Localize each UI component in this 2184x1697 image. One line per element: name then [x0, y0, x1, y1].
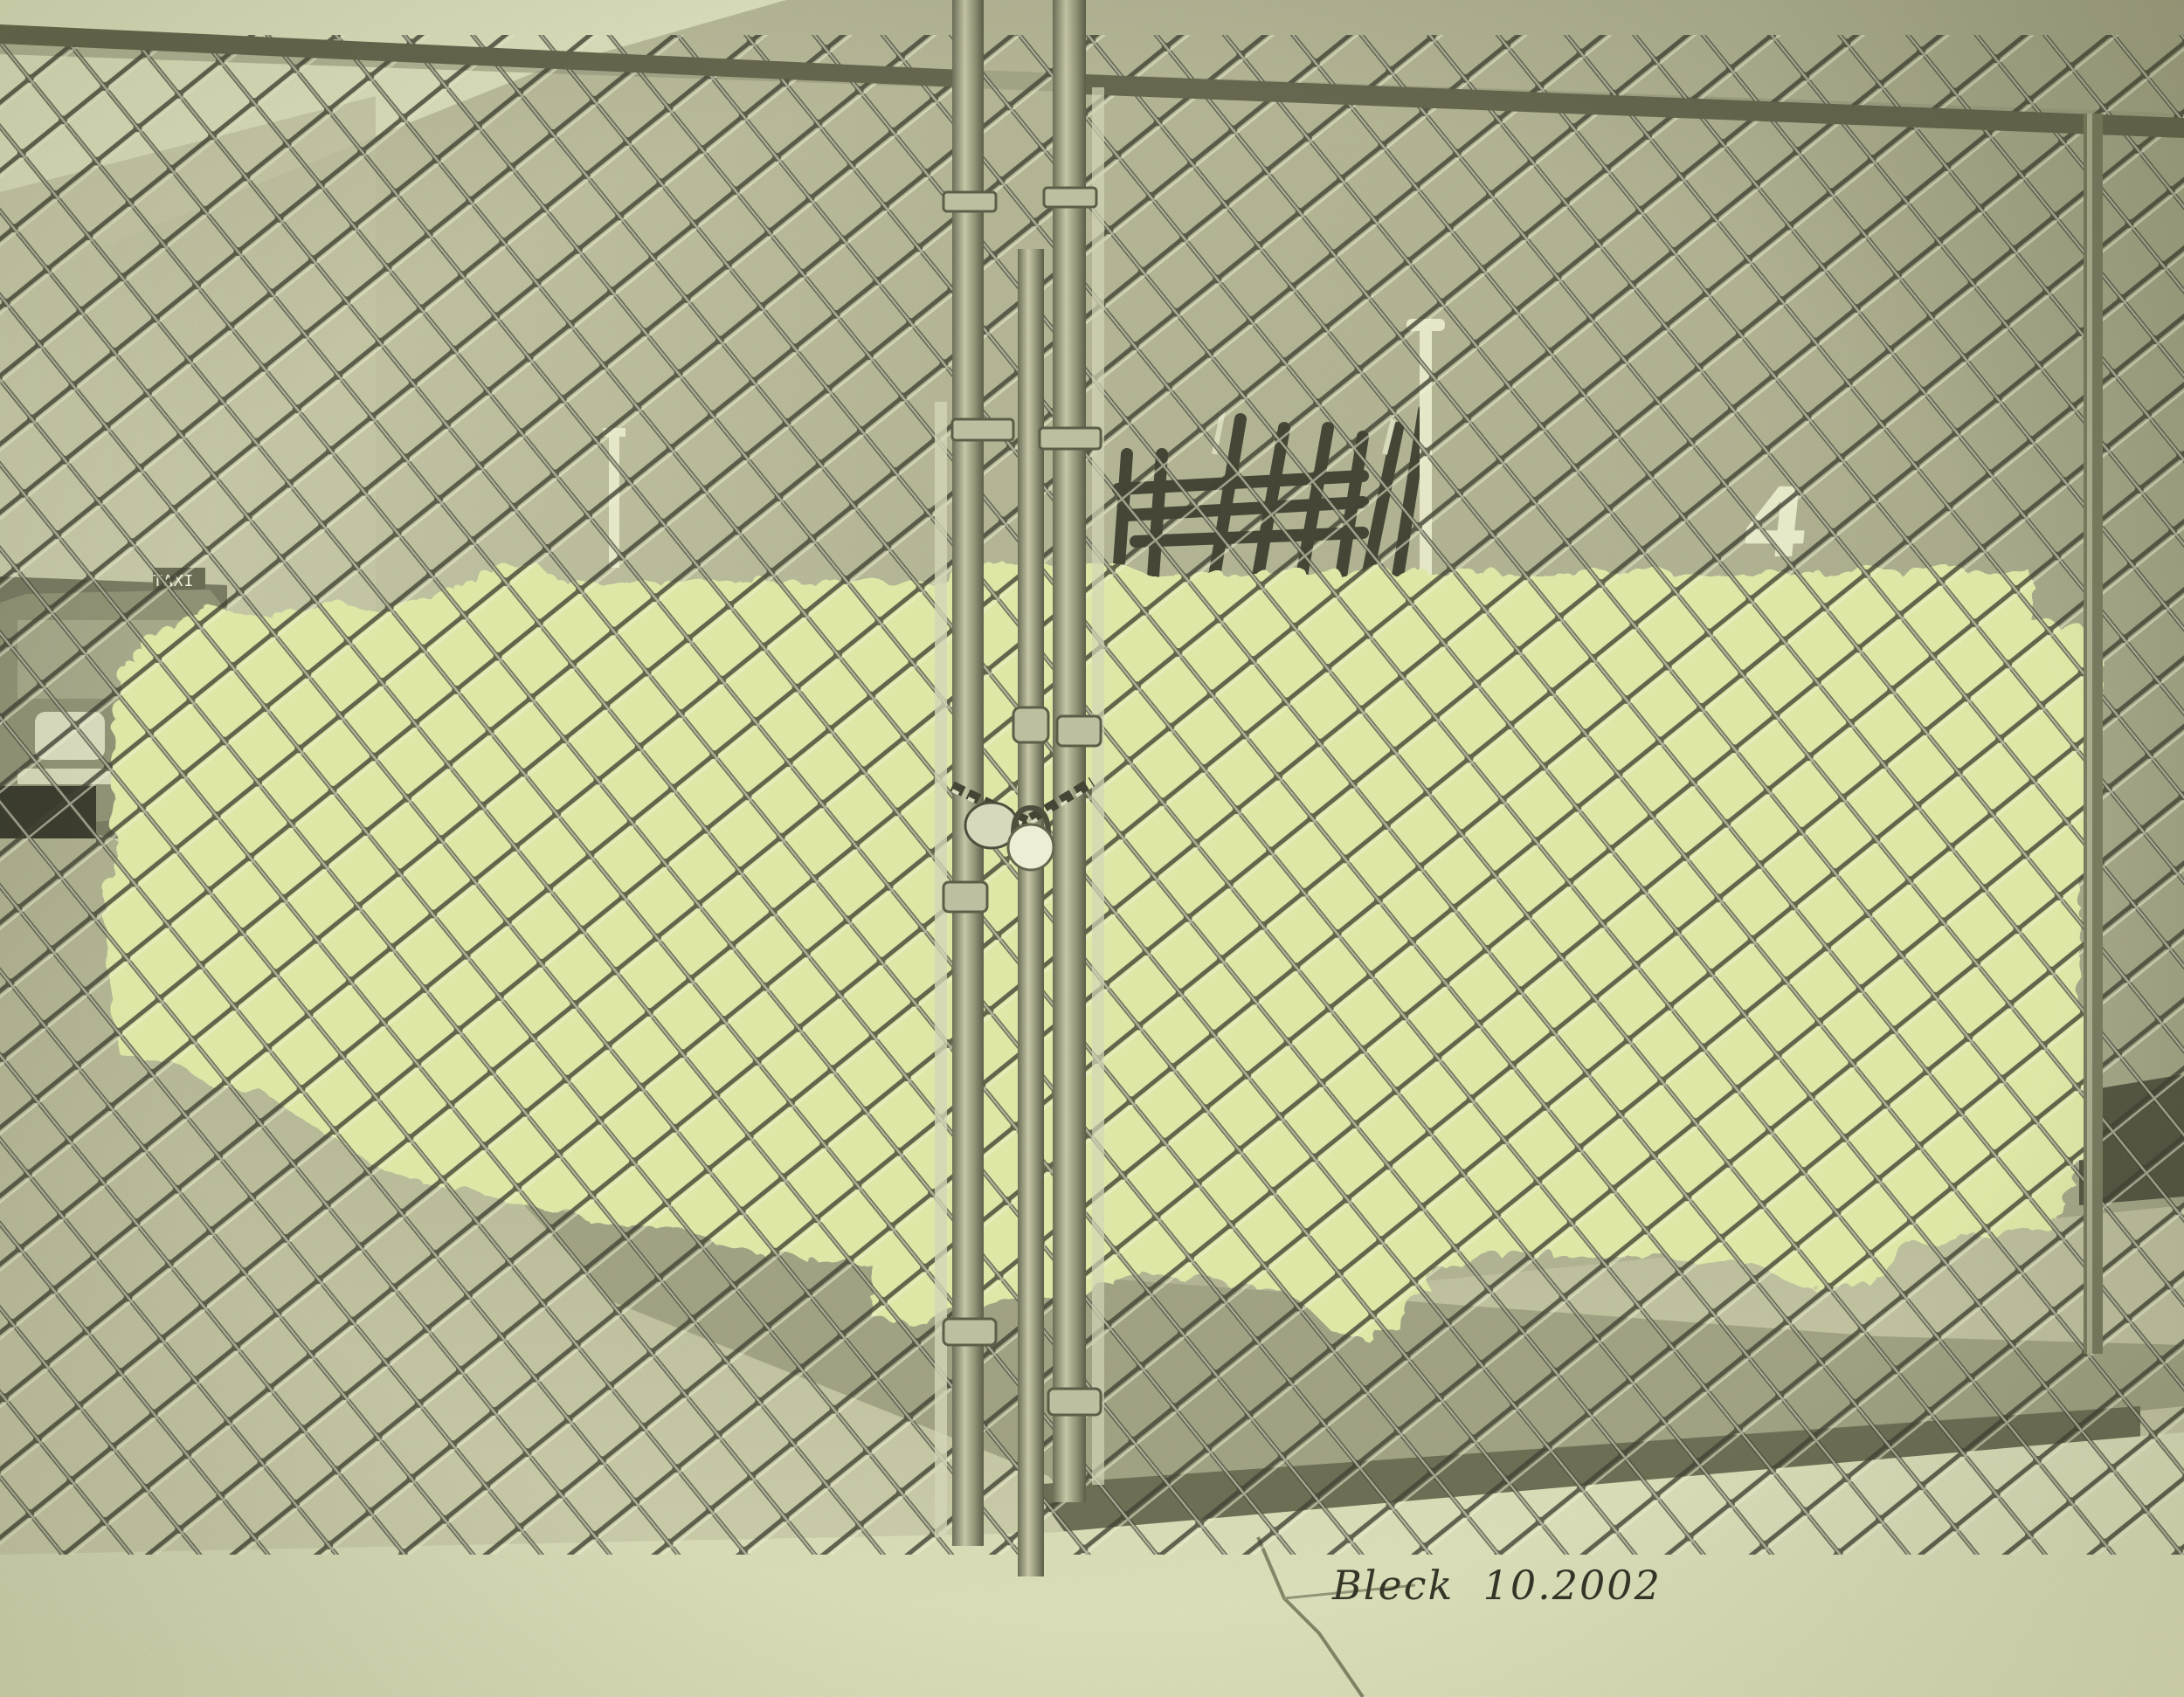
- photograph: TAXI 4: [0, 0, 2184, 1697]
- tone-overlay: [0, 0, 2184, 1697]
